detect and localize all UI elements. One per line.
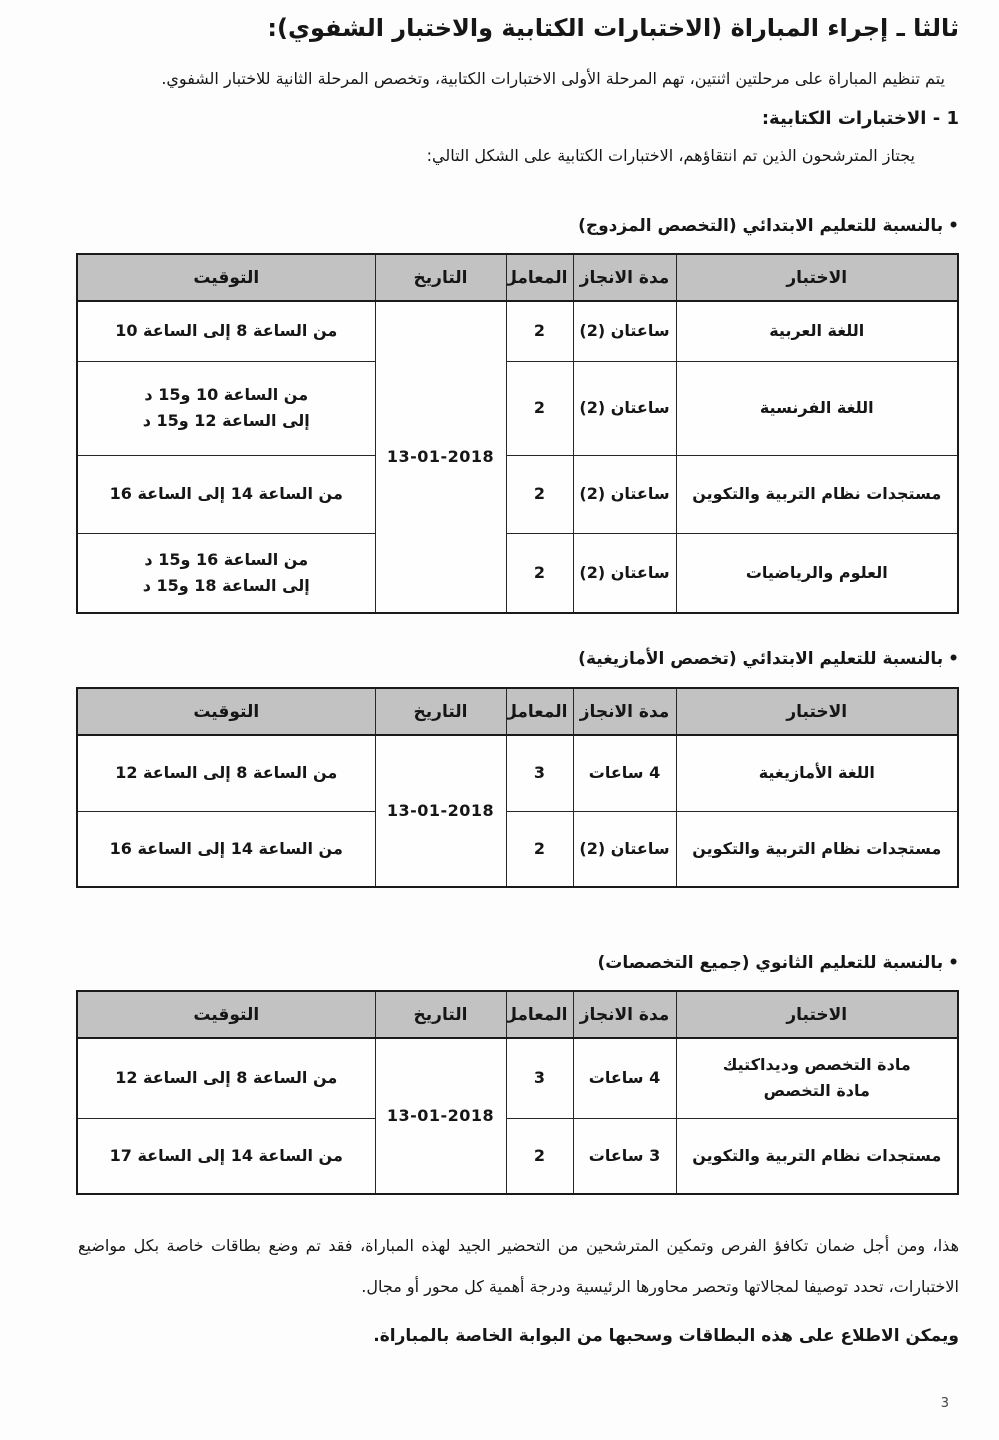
caption-text: بالنسبة للتعليم الثانوي (جميع التخصصات) [597, 953, 943, 973]
date-cell: 13-01-2018 [375, 735, 506, 887]
header-row: الاختبار مدة الانجاز المعامل التاريخ الت… [77, 688, 958, 735]
timing-line: إلى الساعة 18 و15 د [83, 573, 370, 599]
column-header-date: التاريخ [375, 254, 506, 301]
exam-cell: العلوم والرياضيات [676, 533, 958, 613]
exam-schedule-table-primary-dual: الاختبار مدة الانجاز المعامل التاريخ الت… [76, 253, 959, 614]
date-cell: 13-01-2018 [375, 301, 506, 613]
exam-cell: اللغة العربية [676, 301, 958, 361]
coefficient-cell: 2 [506, 811, 573, 887]
exam-cell: مستجدات نظام التربية والتكوين [676, 811, 958, 887]
table-caption-secondary-all: •بالنسبة للتعليم الثانوي (جميع التخصصات) [78, 950, 959, 977]
timing-cell: من الساعة 14 إلى الساعة 17 [77, 1118, 375, 1194]
closing-note: ويمكن الاطلاع على هذه البطاقات وسحبها من… [78, 1321, 959, 1351]
column-header-duration: مدة الانجاز [573, 254, 676, 301]
header-row: الاختبار مدة الانجاز المعامل التاريخ الت… [77, 254, 958, 301]
table-row: اللغة الأمازيغية 4 ساعات 3 13-01-2018 من… [77, 735, 958, 811]
timing-line: من الساعة 8 إلى الساعة 12 [83, 1065, 370, 1091]
coefficient-cell: 2 [506, 301, 573, 361]
table-row: اللغة الفرنسية ساعتان (2) 2 من الساعة 10… [77, 361, 958, 455]
column-header-duration: مدة الانجاز [573, 991, 676, 1038]
exam-schedule-table-secondary-all: الاختبار مدة الانجاز المعامل التاريخ الت… [76, 990, 959, 1195]
timing-line: من الساعة 10 و15 د [83, 382, 370, 408]
timing-cell: من الساعة 16 و15 د إلى الساعة 18 و15 د [77, 533, 375, 613]
timing-line: إلى الساعة 12 و15 د [83, 408, 370, 434]
column-header-exam: الاختبار [676, 254, 958, 301]
bullet-icon: • [948, 216, 959, 236]
column-header-duration: مدة الانجاز [573, 688, 676, 735]
column-header-exam: الاختبار [676, 991, 958, 1038]
column-header-date: التاريخ [375, 991, 506, 1038]
table-caption-primary-amazigh: •بالنسبة للتعليم الابتدائي (تخصص الأمازي… [78, 646, 959, 673]
caption-text: بالنسبة للتعليم الابتدائي (التخصص المزدو… [578, 216, 943, 236]
page-number: 3 [941, 1396, 949, 1411]
column-header-exam: الاختبار [676, 688, 958, 735]
timing-line: من الساعة 14 إلى الساعة 16 [83, 481, 370, 507]
coefficient-cell: 3 [506, 1038, 573, 1118]
column-header-timing: التوقيت [77, 991, 375, 1038]
table-row: مستجدات نظام التربية والتكوين ساعتان (2)… [77, 455, 958, 533]
exam-cell: اللغة الفرنسية [676, 361, 958, 455]
timing-cell: من الساعة 14 إلى الساعة 16 [77, 811, 375, 887]
column-header-timing: التوقيت [77, 688, 375, 735]
table-row: مادة التخصص وديداكتيك مادة التخصص 4 ساعا… [77, 1038, 958, 1118]
coefficient-cell: 2 [506, 533, 573, 613]
exam-cell: مستجدات نظام التربية والتكوين [676, 455, 958, 533]
timing-cell: من الساعة 10 و15 د إلى الساعة 12 و15 د [77, 361, 375, 455]
duration-cell: ساعتان (2) [573, 361, 676, 455]
duration-cell: ساعتان (2) [573, 811, 676, 887]
table-row: مستجدات نظام التربية والتكوين ساعتان (2)… [77, 811, 958, 887]
bullet-icon: • [948, 649, 959, 669]
duration-cell: ساعتان (2) [573, 455, 676, 533]
document-page: ثالثا ـ إجراء المباراة (الاختبارات الكتا… [0, 0, 999, 1440]
duration-cell: ساعتان (2) [573, 301, 676, 361]
intro-paragraph: يتم تنظيم المباراة على مرحلتين اثنتين، ت… [78, 66, 959, 92]
timing-cell: من الساعة 8 إلى الساعة 12 [77, 1038, 375, 1118]
table-caption-primary-dual: •بالنسبة للتعليم الابتدائي (التخصص المزد… [78, 213, 959, 240]
closing-paragraph: هذا، ومن أجل ضمان تكافؤ الفرص وتمكين الم… [78, 1225, 959, 1307]
timing-line: من الساعة 16 و15 د [83, 547, 370, 573]
duration-cell: ساعتان (2) [573, 533, 676, 613]
bullet-icon: • [948, 953, 959, 973]
written-tests-heading: 1 - الاختبارات الكتابية: [78, 105, 959, 132]
coefficient-cell: 3 [506, 735, 573, 811]
timing-cell: من الساعة 14 إلى الساعة 16 [77, 455, 375, 533]
header-row: الاختبار مدة الانجاز المعامل التاريخ الت… [77, 991, 958, 1038]
exam-cell: مستجدات نظام التربية والتكوين [676, 1118, 958, 1194]
written-tests-intro: يجتاز المترشحون الذين تم انتقاؤهم، الاخت… [78, 143, 959, 169]
exam-schedule-table-primary-amazigh: الاختبار مدة الانجاز المعامل التاريخ الت… [76, 687, 959, 888]
column-header-coefficient: المعامل [506, 991, 573, 1038]
column-header-coefficient: المعامل [506, 688, 573, 735]
timing-line: من الساعة 8 إلى الساعة 12 [83, 760, 370, 786]
coefficient-cell: 2 [506, 1118, 573, 1194]
table-row: اللغة العربية ساعتان (2) 2 13-01-2018 من… [77, 301, 958, 361]
timing-cell: من الساعة 8 إلى الساعة 12 [77, 735, 375, 811]
table-row: مستجدات نظام التربية والتكوين 3 ساعات 2 … [77, 1118, 958, 1194]
date-cell: 13-01-2018 [375, 1038, 506, 1194]
timing-line: من الساعة 8 إلى الساعة 10 [83, 318, 370, 344]
coefficient-cell: 2 [506, 361, 573, 455]
page-title: ثالثا ـ إجراء المباراة (الاختبارات الكتا… [78, 10, 959, 46]
exam-cell: اللغة الأمازيغية [676, 735, 958, 811]
timing-cell: من الساعة 8 إلى الساعة 10 [77, 301, 375, 361]
caption-text: بالنسبة للتعليم الابتدائي (تخصص الأمازيغ… [578, 649, 943, 669]
duration-cell: 4 ساعات [573, 735, 676, 811]
column-header-coefficient: المعامل [506, 254, 573, 301]
duration-cell: 3 ساعات [573, 1118, 676, 1194]
coefficient-cell: 2 [506, 455, 573, 533]
timing-line: من الساعة 14 إلى الساعة 17 [83, 1143, 370, 1169]
timing-line: من الساعة 14 إلى الساعة 16 [83, 836, 370, 862]
column-header-date: التاريخ [375, 688, 506, 735]
column-header-timing: التوقيت [77, 254, 375, 301]
duration-cell: 4 ساعات [573, 1038, 676, 1118]
exam-cell: مادة التخصص وديداكتيك مادة التخصص [676, 1038, 958, 1118]
table-row: العلوم والرياضيات ساعتان (2) 2 من الساعة… [77, 533, 958, 613]
